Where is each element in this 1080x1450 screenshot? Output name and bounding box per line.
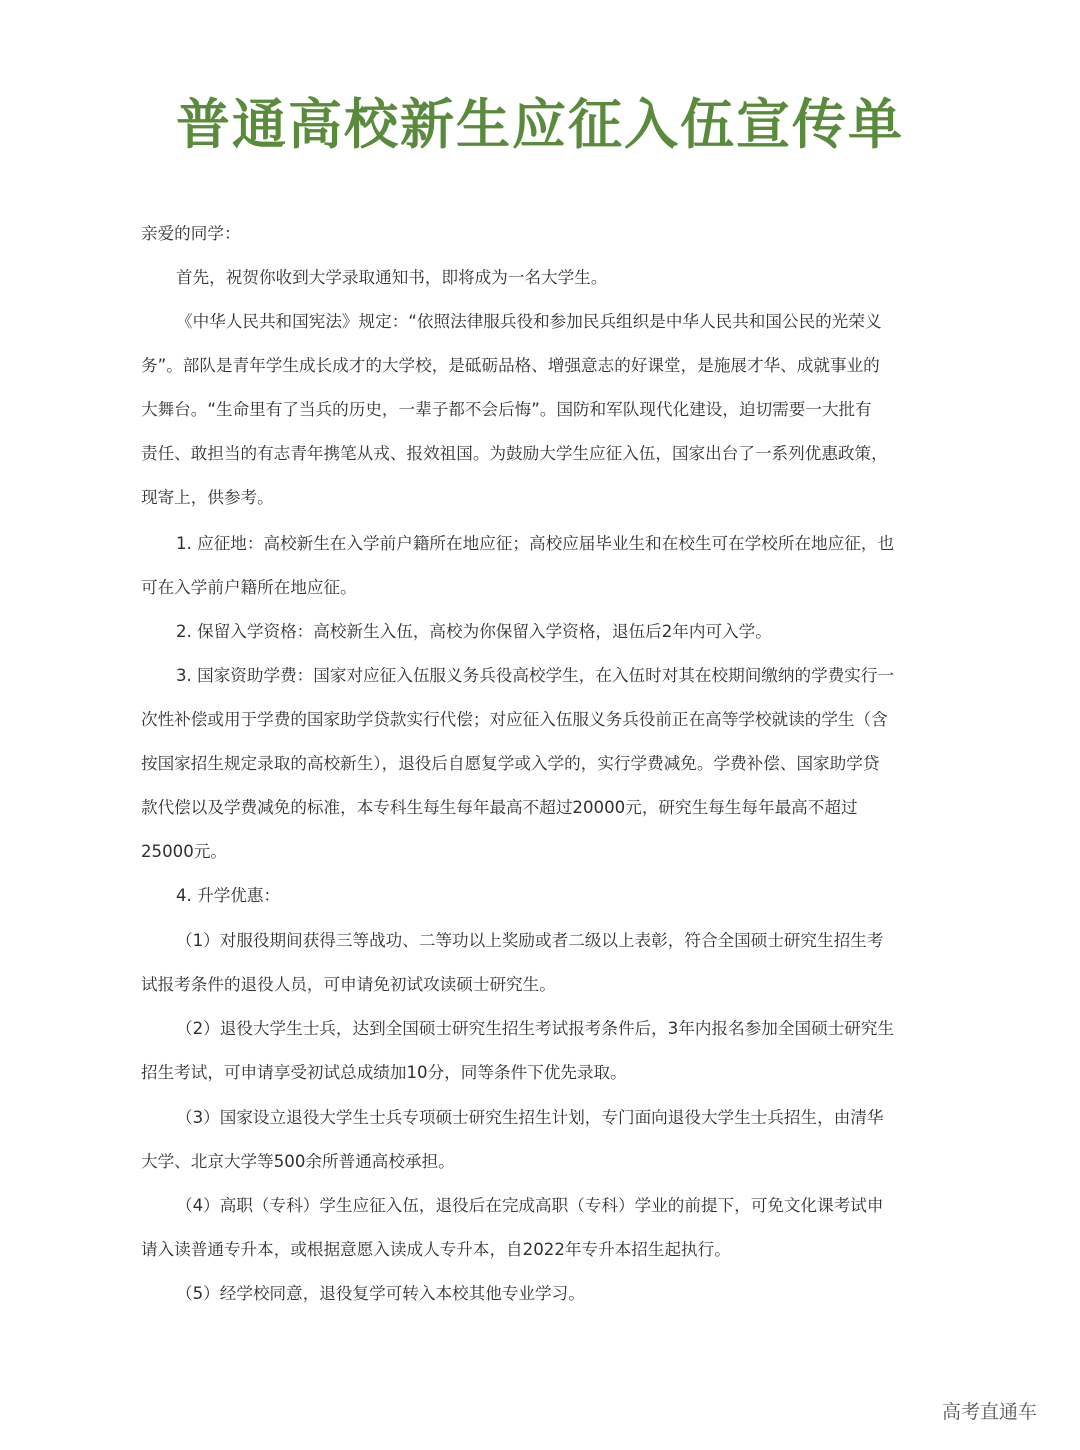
text-line: 1. 应征地：高校新生在入学前户籍所在地应征；高校应届毕业生和在校生可在学校所在… (176, 533, 976, 555)
text-line: 2. 保留入学资格：高校新生入伍，高校为你保留入学资格，退伍后2年内可入学。 (176, 621, 976, 643)
text-line: 次性补偿或用于学费的国家助学贷款实行代偿；对应征入伍服义务兵役前正在高等学校就读… (141, 709, 941, 731)
text-line: （2）退役大学生士兵，达到全国硕士研究生招生考试报考条件后，3年内报名参加全国硕… (176, 1018, 976, 1040)
text-line: 25000元。 (141, 841, 941, 863)
text-line: （1）对服役期间获得三等战功、二等功以上奖励或者二级以上表彰，符合全国硕士研究生… (176, 930, 976, 952)
text-line: 大学、北京大学等500余所普通高校承担。 (141, 1151, 941, 1173)
text-line: 3. 国家资助学费：国家对应征入伍服义务兵役高校学生，在入伍时对其在校期间缴纳的… (176, 665, 976, 687)
text-line: （3）国家设立退役大学生士兵专项硕士研究生招生计划，专门面向退役大学生士兵招生，… (176, 1107, 976, 1129)
page-title: 普通高校新生应征入伍宣传单 (0, 88, 1080, 160)
text-line: 按国家招生规定录取的高校新生），退役后自愿复学或入学的，实行学费减免。学费补偿、… (141, 753, 941, 775)
text-line: （5）经学校同意，退役复学可转入本校其他专业学习。 (176, 1283, 976, 1305)
text-line: 《中华人民共和国宪法》规定：“依照法律服兵役和参加民兵组织是中华人民共和国公民的… (176, 311, 976, 333)
salutation: 亲爱的同学： (141, 223, 941, 245)
text-line: 责任、敢担当的有志青年携笔从戎、报效祖国。为鼓励大学生应征入伍，国家出台了一系列… (141, 443, 941, 465)
text-line: 招生考试，可申请享受初试总成绩加10分，同等条件下优先录取。 (141, 1062, 941, 1084)
watermark-text: 高考直通车 (942, 1400, 1037, 1424)
text-line: 可在入学前户籍所在地应征。 (141, 577, 941, 599)
text-line: 首先，祝贺你收到大学录取通知书，即将成为一名大学生。 (176, 267, 976, 289)
text-line: 款代偿以及学费减免的标准，本专科生每生每年最高不超过20000元，研究生每生每年… (141, 797, 941, 819)
text-line: 务”。部队是青年学生成长成才的大学校，是砥砺品格、增强意志的好课堂，是施展才华、… (141, 355, 941, 377)
text-line: 现寄上，供参考。 (141, 487, 941, 509)
text-line: 请入读普通专升本，或根据意愿入读成人专升本，自2022年专升本招生起执行。 (141, 1239, 941, 1261)
text-line: 大舞台。“生命里有了当兵的历史，一辈子都不会后悔”。国防和军队现代化建设，迫切需… (141, 399, 941, 421)
text-line: （4）高职（专科）学生应征入伍，退役后在完成高职（专科）学业的前提下，可免文化课… (176, 1195, 976, 1217)
text-line: 试报考条件的退役人员，可申请免初试攻读硕士研究生。 (141, 974, 941, 996)
text-line: 4. 升学优惠： (176, 885, 976, 907)
